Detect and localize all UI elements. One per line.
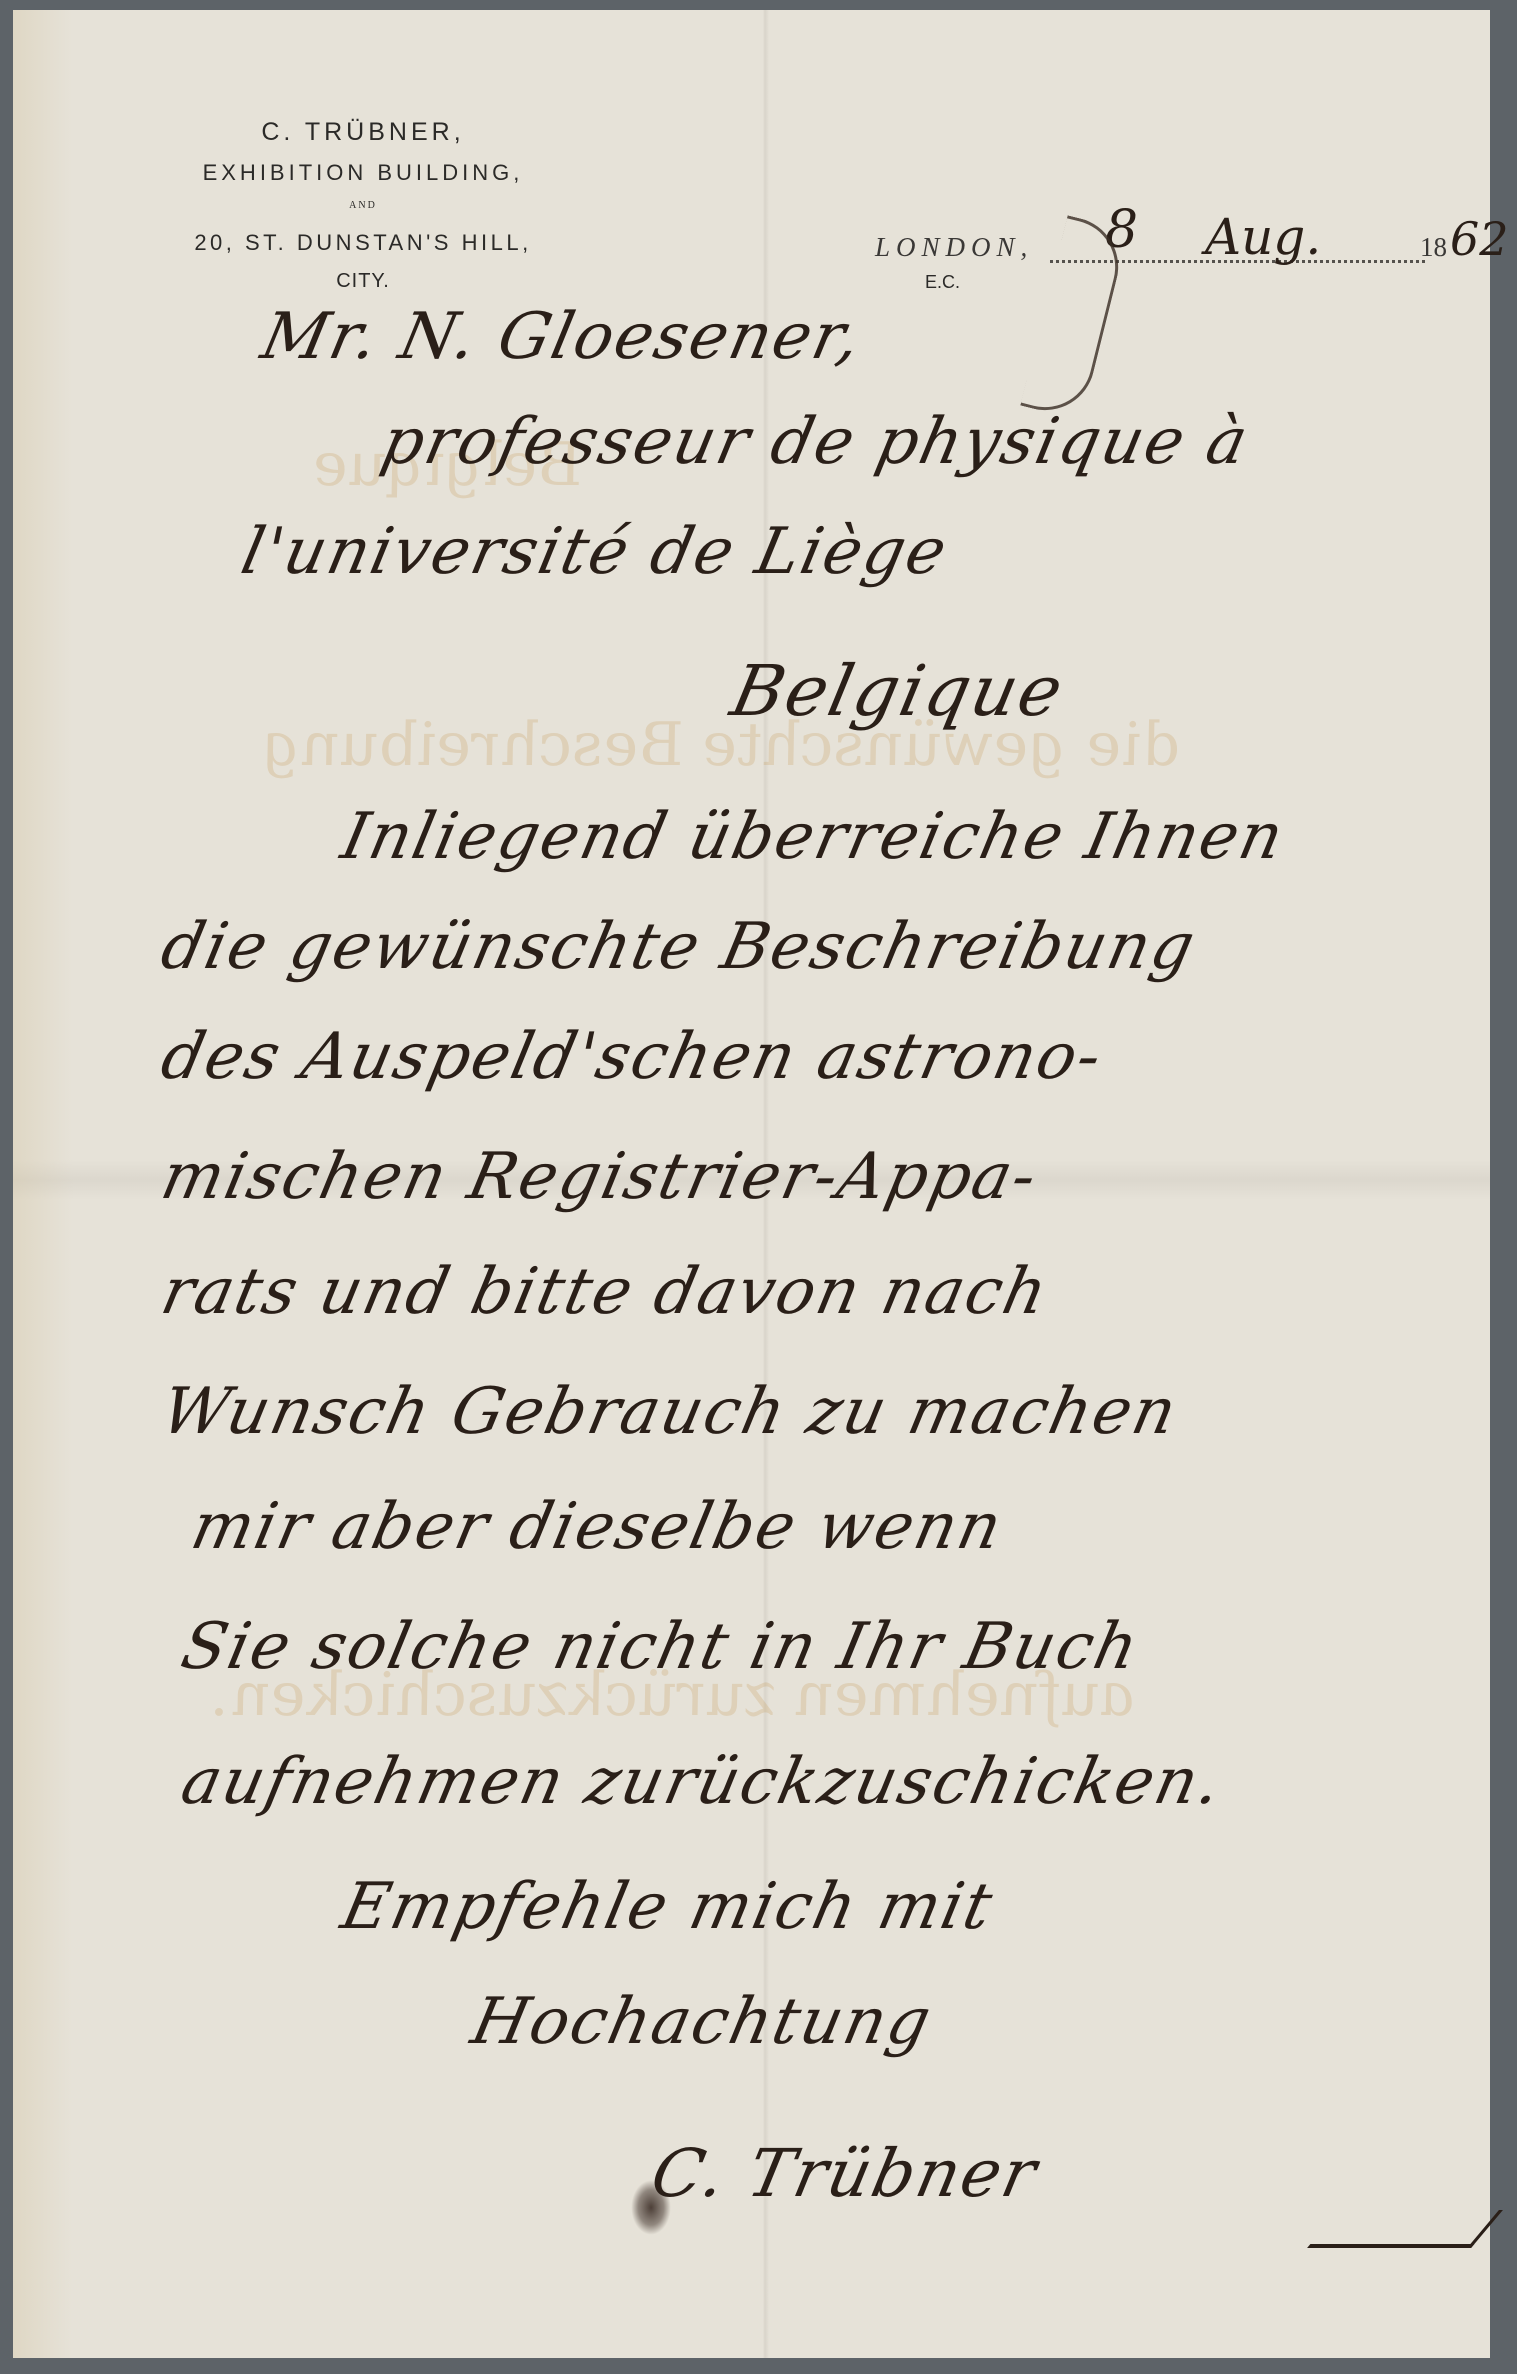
recipient-name: Mr. N. Gloesener, [255, 300, 869, 374]
body-line: aufnehmen zurückzuschicken. [175, 1745, 1229, 1819]
body-line: des Auspeld'schen astrono- [155, 1020, 1109, 1094]
letterhead-name: C. TRÜBNER, [123, 118, 603, 147]
closing-line: Empfehle mich mit [335, 1870, 1000, 1944]
body-line: mir aber dieselbe wenn [185, 1490, 1010, 1564]
letterhead-address: 20, ST. DUNSTAN'S HILL, [123, 230, 603, 256]
dateline-year-prefix: 18 [1420, 232, 1447, 263]
recipient-institution: l'université de Liège [235, 515, 954, 589]
signature-flourish [1307, 2210, 1503, 2248]
letterhead-city: CITY. [123, 270, 603, 293]
body-line: Inliegend überreiche Ihnen [335, 800, 1291, 874]
letterhead-building: EXHIBITION BUILDING, [123, 160, 603, 186]
body-line: Wunsch Gebrauch zu machen [155, 1375, 1184, 1449]
dateline-place: LONDON, [875, 232, 1033, 263]
letterhead-and: AND [123, 200, 603, 211]
handwritten-month: Aug. [1205, 208, 1321, 266]
closing-line: Hochachtung [465, 1985, 938, 2059]
letter-paper: C. TRÜBNER, EXHIBITION BUILDING, AND 20,… [13, 10, 1490, 2358]
signature: C. Trübner [645, 2135, 1045, 2212]
recipient-country: Belgique [724, 650, 1071, 732]
handwritten-year: 62 [1450, 212, 1509, 266]
dateline: LONDON, 18 8 Aug. 62 [875, 222, 1505, 272]
body-line: rats und bitte davon nach [155, 1255, 1055, 1329]
body-line: Sie solche nicht in Ihr Buch [175, 1610, 1146, 1684]
body-line: mischen Registrier-Appa- [155, 1140, 1044, 1214]
dateline-district: E.C. [925, 272, 960, 293]
recipient-title: professeur de physique à [375, 405, 1256, 479]
body-line: die gewünschte Beschreibung [155, 910, 1202, 984]
